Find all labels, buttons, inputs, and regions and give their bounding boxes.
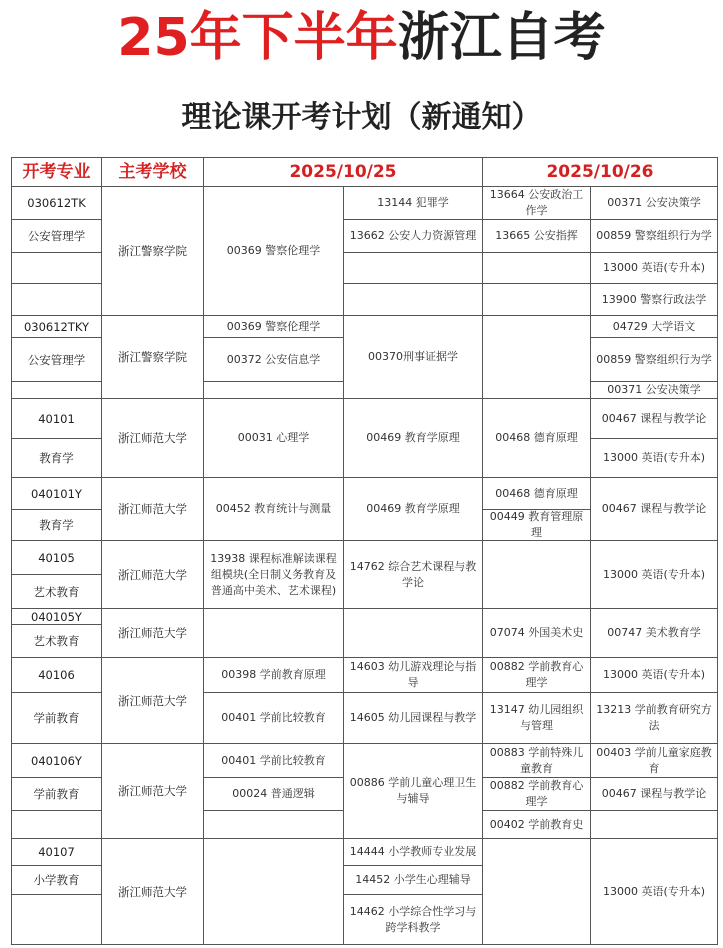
empty-cell xyxy=(343,252,483,284)
header-date-1: 2025/10/25 xyxy=(203,157,483,187)
course-cell: 00859 警察组织行为学 xyxy=(590,337,718,382)
course-cell: 00371 公安决策学 xyxy=(590,381,718,399)
school-name: 浙江师范大学 xyxy=(101,743,204,839)
major-code: 030612TKY xyxy=(11,315,102,338)
course-cell: 00398 学前教育原理 xyxy=(203,657,344,693)
course-cell: 13213 学前教育研究方法 xyxy=(590,692,718,744)
course-cell: 00468 德育原理 xyxy=(482,398,591,478)
course-cell: 13144 犯罪学 xyxy=(343,186,483,220)
course-cell: 00747 美术教育学 xyxy=(590,608,718,658)
school-name: 浙江师范大学 xyxy=(101,398,204,478)
empty-cell xyxy=(11,283,102,316)
major-code: 040101Y xyxy=(11,477,102,510)
major-name: 教育学 xyxy=(11,509,102,541)
major-code: 40106 xyxy=(11,657,102,693)
major-name: 公安管理学 xyxy=(11,337,102,382)
empty-cell xyxy=(11,810,102,839)
empty-cell xyxy=(482,252,591,284)
course-cell: 00467 课程与教学论 xyxy=(590,398,718,439)
empty-cell xyxy=(11,894,102,945)
course-cell: 13147 幼儿园组织与管理 xyxy=(482,692,591,744)
title-black-part: 浙江自考 xyxy=(398,8,606,68)
course-cell: 00469 教育学原理 xyxy=(343,477,483,541)
course-cell: 13000 英语(专升本) xyxy=(590,838,718,945)
course-cell: 00452 教育统计与测量 xyxy=(203,477,344,541)
major-code: 040105Y xyxy=(11,608,102,625)
course-cell: 13664 公安政治工作学 xyxy=(482,186,591,220)
header-major: 开考专业 xyxy=(11,157,102,187)
empty-cell xyxy=(203,381,344,399)
school-name: 浙江警察学院 xyxy=(101,186,204,316)
course-cell: 00402 学前教育史 xyxy=(482,810,591,839)
header-date-2: 2025/10/26 xyxy=(482,157,718,187)
page-subtitle: 理论课开考计划（新通知） xyxy=(0,98,723,138)
course-cell: 00369 警察伦理学 xyxy=(203,186,344,316)
major-code: 040106Y xyxy=(11,743,102,778)
course-cell: 00467 课程与教学论 xyxy=(590,477,718,541)
course-cell: 13938 课程标准解读课程组模块(全日制义务教育及普通高中美术、艺术课程) xyxy=(203,540,344,609)
major-code: 40105 xyxy=(11,540,102,575)
course-cell: 13000 英语(专升本) xyxy=(590,438,718,478)
course-cell: 00859 警察组织行为学 xyxy=(590,219,718,253)
course-cell: 00370刑事证据学 xyxy=(343,315,483,399)
course-cell: 00024 普通逻辑 xyxy=(203,777,344,811)
course-cell: 14452 小学生心理辅导 xyxy=(343,865,483,895)
empty-cell xyxy=(11,381,102,399)
school-name: 浙江师范大学 xyxy=(101,608,204,658)
course-cell: 14462 小学综合性学习与跨学科教学 xyxy=(343,894,483,945)
school-name: 浙江师范大学 xyxy=(101,657,204,744)
course-cell: 13000 英语(专升本) xyxy=(590,657,718,693)
course-cell: 00403 学前儿童家庭教育 xyxy=(590,743,718,778)
empty-cell xyxy=(203,608,344,658)
course-cell: 00369 警察伦理学 xyxy=(203,315,344,338)
course-cell: 14605 幼儿园课程与教学 xyxy=(343,692,483,744)
course-cell: 00031 心理学 xyxy=(203,398,344,478)
empty-cell xyxy=(482,540,591,609)
header-school: 主考学校 xyxy=(101,157,204,187)
page-title: 25年下半年浙江自考 xyxy=(0,6,723,70)
empty-cell xyxy=(343,608,483,658)
empty-cell xyxy=(590,810,718,839)
major-name: 教育学 xyxy=(11,438,102,478)
empty-cell xyxy=(203,838,344,945)
major-code: 030612TK xyxy=(11,186,102,220)
course-cell: 13662 公安人力资源管理 xyxy=(343,219,483,253)
school-name: 浙江师范大学 xyxy=(101,838,204,945)
course-cell: 00401 学前比较教育 xyxy=(203,743,344,778)
major-name: 艺术教育 xyxy=(11,624,102,658)
major-name: 公安管理学 xyxy=(11,219,102,253)
course-cell: 07074 外国美术史 xyxy=(482,608,591,658)
course-cell: 00467 课程与教学论 xyxy=(590,777,718,811)
major-name: 学前教育 xyxy=(11,692,102,744)
course-cell: 00882 学前教育心理学 xyxy=(482,777,591,811)
course-cell: 04729 大学语文 xyxy=(590,315,718,338)
course-cell: 00469 教育学原理 xyxy=(343,398,483,478)
major-name: 小学教育 xyxy=(11,865,102,895)
school-name: 浙江师范大学 xyxy=(101,477,204,541)
course-cell: 00371 公安决策学 xyxy=(590,186,718,220)
course-cell: 13900 警察行政法学 xyxy=(590,283,718,316)
major-code: 40101 xyxy=(11,398,102,439)
course-cell: 14444 小学教师专业发展 xyxy=(343,838,483,866)
course-cell: 00372 公安信息学 xyxy=(203,337,344,382)
title-red-part: 25年下半年 xyxy=(117,8,397,68)
empty-cell xyxy=(482,838,591,945)
course-cell: 00449 教育管理原理 xyxy=(482,509,591,541)
major-name: 学前教育 xyxy=(11,777,102,811)
school-name: 浙江师范大学 xyxy=(101,540,204,609)
empty-cell xyxy=(482,315,591,399)
course-cell: 14603 幼儿游戏理论与指导 xyxy=(343,657,483,693)
course-cell: 00882 学前教育心理学 xyxy=(482,657,591,693)
empty-cell xyxy=(343,283,483,316)
course-cell: 00886 学前儿童心理卫生与辅导 xyxy=(343,743,483,839)
course-cell: 14762 综合艺术课程与教学论 xyxy=(343,540,483,609)
major-name: 艺术教育 xyxy=(11,574,102,609)
school-name: 浙江警察学院 xyxy=(101,315,204,399)
course-cell: 00401 学前比较教育 xyxy=(203,692,344,744)
course-cell: 13000 英语(专升本) xyxy=(590,540,718,609)
course-cell: 13000 英语(专升本) xyxy=(590,252,718,284)
empty-cell xyxy=(11,252,102,284)
course-cell: 00468 德育原理 xyxy=(482,477,591,510)
empty-cell xyxy=(203,810,344,839)
major-code: 40107 xyxy=(11,838,102,866)
course-cell: 00883 学前特殊儿童教育 xyxy=(482,743,591,778)
course-cell: 13665 公安指挥 xyxy=(482,219,591,253)
empty-cell xyxy=(482,283,591,316)
